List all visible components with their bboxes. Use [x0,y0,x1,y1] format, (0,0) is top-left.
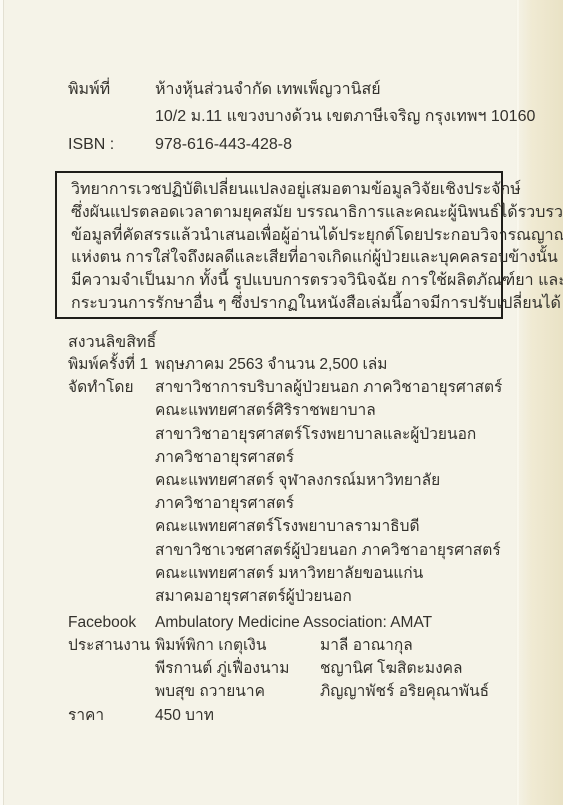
printed-at-label: พิมพ์ที่ [68,76,155,103]
disclaimer-line: แห่งตน การใส่ใจถึงผลดีและเสียที่อาจเกิดแ… [71,247,489,270]
page-left-edge [0,0,4,805]
produced-by-line: สาขาวิชาเวชศาสตร์ผู้ป่วยนอก ภาควิชาอายุร… [155,539,538,562]
publisher-address: 10/2 ม.11 แขวงบางด้วน เขตภาษีเจริญ กรุงเ… [155,103,528,130]
facebook-value: Ambulatory Medicine Association: AMAT [155,611,432,634]
produced-by-line: ภาควิชาอายุรศาสตร์ [155,446,538,469]
coordinator-name: พบสุข ถวายนาค [155,680,320,703]
produced-by-line: สาขาวิชาอายุรศาสตร์โรงพยาบาลและผู้ป่วยนอ… [155,423,538,446]
facebook-row: Facebook Ambulatory Medicine Association… [68,611,432,634]
disclaimer-line: มีความจำเป็นมาก ทั้งนี้ รูปแบบการตรวจวิน… [71,270,489,293]
produced-by-line: คณะแพทยศาสตร์ มหาวิทยาลัยขอนแก่น [155,562,538,585]
disclaimer-line: วิทยาการเวชปฏิบัติเปลี่ยนแปลงอยู่เสมอตาม… [71,179,489,202]
coordinators-block: ประสานงาน พิมพ์พิกา เกตุเงิน มาลี อาณากุ… [68,634,538,704]
imprint-block: พิมพ์ที่ ห้างหุ้นส่วนจำกัด เทพเพ็ญวานิสย… [68,76,528,158]
coordinator-name: ภิญญาพัชร์ อริยคุณาพันธ์ [320,680,538,703]
edition-row: พิมพ์ครั้งที่ 1 พฤษภาคม 2563 จำนวน 2,500… [68,353,538,376]
coordinator-name: พีรกานต์ ภู่เฟื่องนาม [155,657,320,680]
produced-by-label: จัดทำโดย [68,376,155,399]
disclaimer-line: กระบวนการรักษาอื่น ๆ ซึ่งปรากฏในหนังสือเ… [71,293,489,316]
book-imprint-page: พิมพ์ที่ ห้างหุ้นส่วนจำกัด เทพเพ็ญวานิสย… [0,0,563,805]
edition-label: พิมพ์ครั้งที่ 1 [68,353,155,376]
produced-by-line: ภาควิชาอายุรศาสตร์ [155,492,538,515]
produced-by-line: คณะแพทยศาสตร์ จุฬาลงกรณ์มหาวิทยาลัย [155,469,538,492]
produced-by-line: คณะแพทยศาสตร์โรงพยาบาลรามาธิบดี [155,515,538,538]
price-row: ราคา 450 บาท [68,704,214,727]
produced-by-lines: คณะแพทยศาสตร์ศิริราชพยาบาล สาขาวิชาอายุร… [155,399,538,608]
disclaimer-box: วิทยาการเวชปฏิบัติเปลี่ยนแปลงอยู่เสมอตาม… [55,171,503,319]
isbn-value: 978-616-443-428-8 [155,131,528,158]
price-label: ราคา [68,704,155,727]
coordinator-name: ชญานิศ โฆสิตะมงคล [320,657,538,680]
price-value: 450 บาท [155,704,214,727]
produced-by-line: สาขาวิชาการบริบาลผู้ป่วยนอก ภาควิชาอายุร… [155,376,502,399]
coordinator-name: พิมพ์พิกา เกตุเงิน [155,634,320,657]
edition-value: พฤษภาคม 2563 จำนวน 2,500 เล่ม [155,353,388,376]
produced-by-row: จัดทำโดย สาขาวิชาการบริบาลผู้ป่วยนอก ภาค… [68,376,538,399]
facebook-label: Facebook [68,611,155,634]
produced-by-line: สมาคมอายุรศาสตร์ผู้ป่วยนอก [155,585,538,608]
coordinator-row: พบสุข ถวายนาค ภิญญาพัชร์ อริยคุณาพันธ์ [68,680,538,703]
coordinator-name: มาลี อาณากุล [320,634,538,657]
disclaimer-line: ข้อมูลที่คัดสรรแล้วนำเสนอเพื่อผู้อ่านได้… [71,225,489,248]
copyright-notice: สงวนลิขสิทธิ์ [68,330,156,355]
disclaimer-line: ซึ่งผันแปรตลอดเวลาตามยุคสมัย บรรณาธิการแ… [71,202,489,225]
coordinators-label: ประสานงาน [68,634,155,657]
publication-details: พิมพ์ครั้งที่ 1 พฤษภาคม 2563 จำนวน 2,500… [68,353,538,608]
isbn-label: ISBN : [68,131,155,158]
coordinator-row: พีรกานต์ ภู่เฟื่องนาม ชญานิศ โฆสิตะมงคล [68,657,538,680]
coordinator-row: ประสานงาน พิมพ์พิกา เกตุเงิน มาลี อาณากุ… [68,634,538,657]
publisher-name: ห้างหุ้นส่วนจำกัด เทพเพ็ญวานิสย์ [155,76,528,103]
produced-by-line: คณะแพทยศาสตร์ศิริราชพยาบาล [155,399,538,422]
